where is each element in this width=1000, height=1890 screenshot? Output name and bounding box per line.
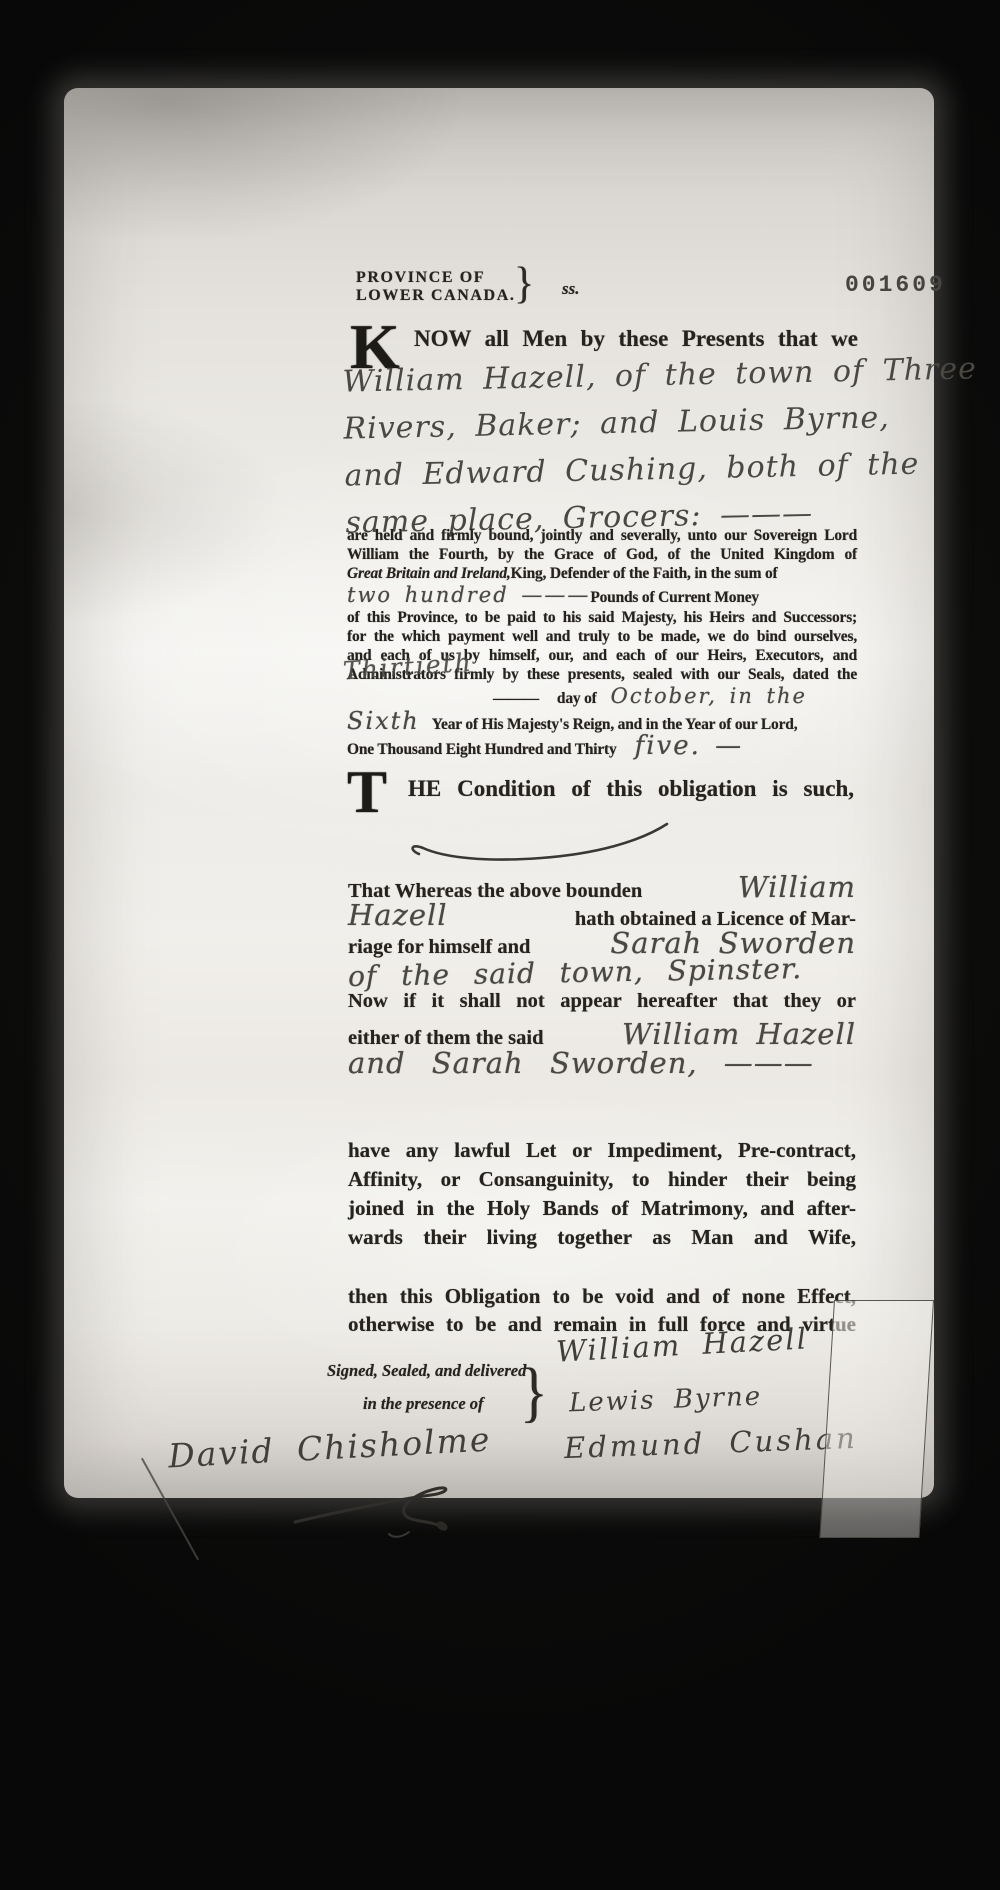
signature-obligor3: Edmund Cushan — [563, 1421, 858, 1465]
condition-line: HE Condition of this obligation is such, — [408, 776, 854, 802]
signature-obligor2: Lewis Byrne — [569, 1382, 763, 1419]
opening-line: NOW all Men by these Presents that we — [414, 326, 858, 352]
scanned-document-frame: PROVINCE OF LOWER CANADA. } ss. 001609 K… — [0, 0, 1000, 1890]
bond-regnal-line: Sixth Year of His Majesty's Reign, and i… — [347, 709, 857, 734]
condition-dropcap: T — [347, 766, 387, 819]
jurat-label: ss. — [562, 279, 579, 299]
bond-clause-block: are held and firmly bound, jointly and s… — [347, 526, 857, 759]
impediment-paragraph: have any lawful Let or Impediment, Pre-c… — [348, 1136, 856, 1252]
bond-line-1: are held and firmly bound, jointly and s… — [347, 526, 857, 545]
couple-names-handwritten-2: and Sarah Sworden, ——— — [348, 1046, 814, 1080]
day-of-label: day of — [557, 686, 597, 711]
recital-line-4: of the said town, Spinster. — [348, 956, 856, 989]
document-page: PROVINCE OF LOWER CANADA. } ss. 001609 K… — [64, 88, 934, 1498]
seal-patch — [819, 1300, 934, 1538]
recital-block: That Whereas the above bounden William H… — [348, 868, 856, 1098]
obligors-handwritten-block: William Hazell, of the town of Three Riv… — [342, 345, 980, 546]
impediment-line-3: joined in the Holy Bands of Matrimony, a… — [348, 1194, 856, 1223]
bond-line-8: Administrators firmly by these presents,… — [347, 665, 857, 684]
bond-date-line: ——— day of October, in the — [347, 684, 857, 709]
closing-line-1: then this Obligation to be void and of n… — [348, 1282, 856, 1310]
bond-year-line: One Thousand Eight Hundred and Thirty fi… — [347, 734, 857, 759]
bond-line-3-roman: King, Defender of the Faith, in the sum … — [511, 564, 778, 583]
bond-line-6: for the which payment well and truly to … — [347, 627, 857, 646]
attestation-brace: } — [520, 1353, 548, 1430]
stamp-number: 001609 — [845, 272, 946, 298]
bond-line-5: of this Province, to be paid to his said… — [347, 608, 857, 627]
province-heading: PROVINCE OF LOWER CANADA. — [356, 269, 515, 305]
year-printed: One Thousand Eight Hundred and Thirty — [347, 737, 617, 762]
recital-line-5: Now if it shall not appear hereafter tha… — [348, 990, 856, 1013]
impediment-line-4: wards their living together as Man and W… — [348, 1223, 856, 1252]
bond-line-3: Great Britain and Ireland, King, Defende… — [347, 564, 857, 583]
province-line1: PROVINCE OF — [356, 269, 485, 286]
pen-flourish-witness — [289, 1480, 469, 1540]
impediment-line-2: Affinity, or Consanguinity, to hinder th… — [348, 1165, 856, 1194]
bond-sum-line: two hundred ——— Pounds of Current Money — [347, 583, 857, 608]
sum-handwritten: two hundred ——— — [347, 583, 590, 608]
attestation-line-2: in the presence of — [363, 1394, 484, 1414]
impediment-line-1: have any lawful Let or Impediment, Pre-c… — [348, 1136, 856, 1165]
month-handwritten: October, in the — [611, 684, 857, 709]
day-handwritten: Thirtieth — [342, 652, 473, 680]
date-dash: ——— — [493, 686, 539, 711]
recital-line-7: and Sarah Sworden, ——— — [348, 1046, 856, 1080]
pen-flourish-condition — [399, 818, 679, 866]
signature-witness: David Chisholme — [167, 1420, 492, 1476]
sum-printed: Pounds of Current Money — [590, 585, 759, 610]
province-line2: LOWER CANADA. — [356, 287, 515, 304]
bond-line-3-italic: Great Britain and Ireland, — [347, 564, 511, 583]
attestation-line-1: Signed, Sealed, and delivered — [327, 1361, 526, 1381]
residence-handwritten: of the said town, Spinster. — [348, 952, 803, 993]
regnal-handwritten: Sixth — [347, 709, 420, 734]
year-handwritten: five. — — [635, 734, 744, 759]
bond-line-2: William the Fourth, by the Grace of God,… — [347, 545, 857, 564]
header-brace: } — [514, 259, 534, 309]
